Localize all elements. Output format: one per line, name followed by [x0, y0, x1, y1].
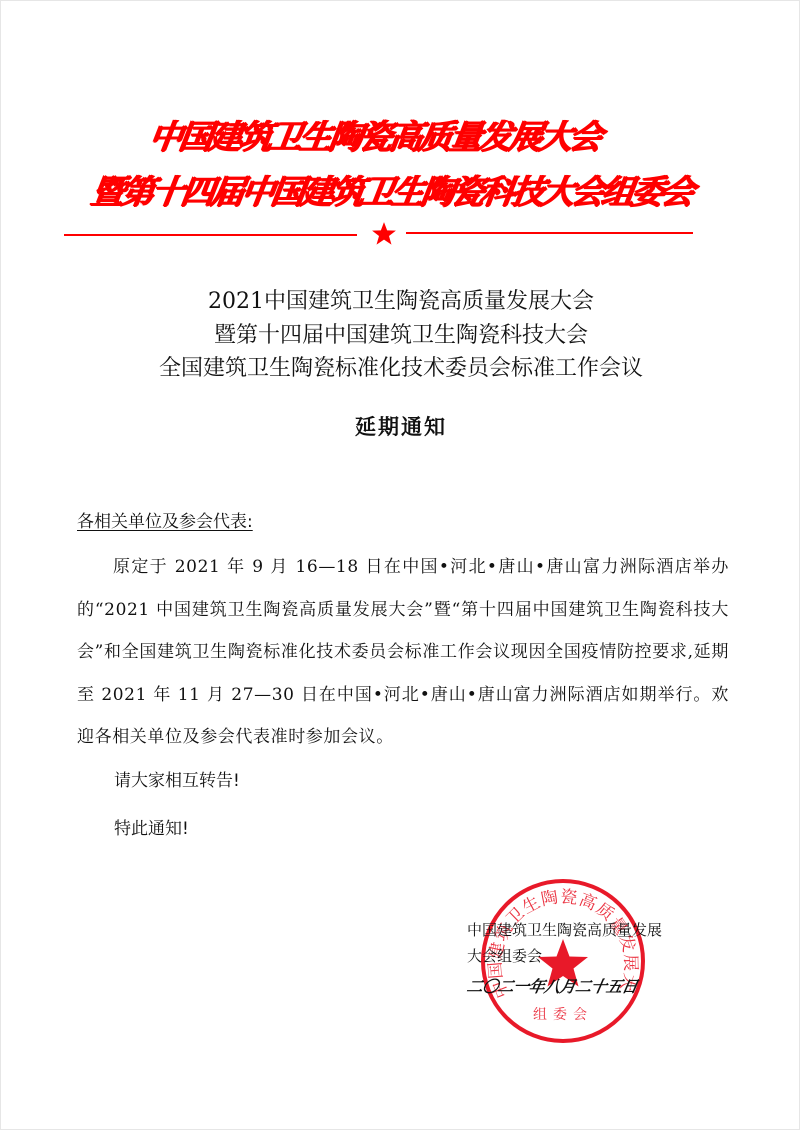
document-title-line-2: 暨第十四届中国建筑卫生陶瓷科技大会: [1, 318, 800, 349]
star-icon: [371, 221, 397, 247]
document-title-line-1: 2021中国建筑卫生陶瓷高质量发展大会: [1, 284, 800, 315]
letterhead-line-1: 中国建筑卫生陶瓷高质量发展大会: [146, 111, 603, 158]
letterhead-divider-left: [64, 234, 357, 236]
letterhead-line-2: 暨第十四届中国建筑卫生陶瓷科技大会组委会: [88, 166, 695, 213]
closing-line-1: 请大家相互转告!: [114, 766, 240, 791]
closing-line-2: 特此通知!: [114, 814, 189, 839]
signature-date: 二〇二一年八月二十五日: [465, 974, 640, 997]
signature-organization: 中国建筑卫生陶瓷高质量发展大会组委会: [467, 917, 667, 969]
letterhead-divider-right: [406, 232, 693, 234]
body-paragraph: 原定于 2021 年 9 月 16—18 日在中国•河北•唐山•唐山富力洲际酒店…: [77, 546, 729, 759]
salutation: 各相关单位及参会代表:: [77, 507, 253, 532]
seal-bottom-text: 组委会: [533, 1007, 593, 1023]
document-page: 中国建筑卫生陶瓷高质量发展大会 暨第十四届中国建筑卫生陶瓷科技大会组委会 202…: [0, 0, 800, 1130]
notice-heading: 延期通知: [1, 411, 800, 441]
document-title-line-3: 全国建筑卫生陶瓷标准化技术委员会标准工作会议: [1, 351, 800, 382]
